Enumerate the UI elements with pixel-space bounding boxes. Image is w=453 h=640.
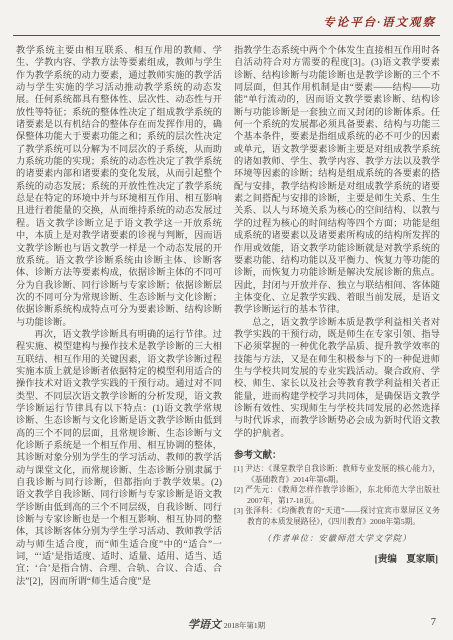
right-column: 指教学生态系统中两个个体发生直接相互作用时各自活动符合对方需要的程度[3]。(3… — [234, 44, 440, 608]
issue-label: 2018年第1期 — [224, 621, 265, 630]
page-header: 专论平台·语文观察 — [16, 13, 436, 31]
references-title: 参考文献： — [234, 447, 440, 461]
body-paragraph: 总之，语文教学诊断本质是教学利益相关者对教学实践的干预行动，既是师生在专家引领、… — [234, 316, 440, 439]
body-paragraph: 再次，语文教学诊断具有明确的运行节律。过程实施、模型建构与操作技术是教学诊断的三… — [16, 328, 222, 587]
journal-name: 学语文 — [188, 619, 221, 631]
reference-item: [2] 严先元：《教师怎样作教学诊断》，东北师范大学出版社2007年，第17-1… — [234, 485, 440, 506]
journal-page: 专论平台·语文观察 教学系统主要由相互联系、相互作用的教师、学生、学教内容、学教… — [0, 0, 453, 640]
page-footer: 学语文2018年第1期 7 — [0, 615, 453, 629]
left-column: 教学系统主要由相互联系、相互作用的教师、学生、学教内容、学教方法等要素组成，教师… — [16, 44, 222, 608]
references-section: 参考文献： [1] 尹达：《课堂教学自我诊断：教师专业发展的核心能力》，《基础教… — [234, 447, 440, 565]
page-number: 7 — [431, 617, 436, 628]
section-label: 专论平台·语文观察 — [323, 17, 436, 29]
article-body: 教学系统主要由相互联系、相互作用的教师、学生、学教内容、学教方法等要素组成，教师… — [16, 44, 440, 608]
body-paragraph-continued: 教学系统主要由相互联系、相互作用的教师、学生、学教内容、学教方法等要素组成，教师… — [16, 44, 222, 328]
author-affiliation: （作者单位：安徽师范大学文学院） — [234, 532, 440, 544]
reference-item: [3] 张泽科：《均衡教育的“天道”——探讨宜宾市翠屏区义务教育的本质发展路径》… — [234, 506, 440, 527]
body-paragraph-continued: 指教学生态系统中两个个体发生直接相互作用时各自活动符合对方需要的程度[3]。(3… — [234, 44, 440, 316]
editor-note: [责编 夏家顺] — [234, 551, 440, 565]
journal-issue-line: 学语文2018年第1期 — [0, 615, 453, 633]
reference-item: [1] 尹达：《课堂教学自我诊断：教师专业发展的核心能力》，《基础教育》2014… — [234, 464, 440, 485]
header-divider-line — [13, 35, 440, 36]
